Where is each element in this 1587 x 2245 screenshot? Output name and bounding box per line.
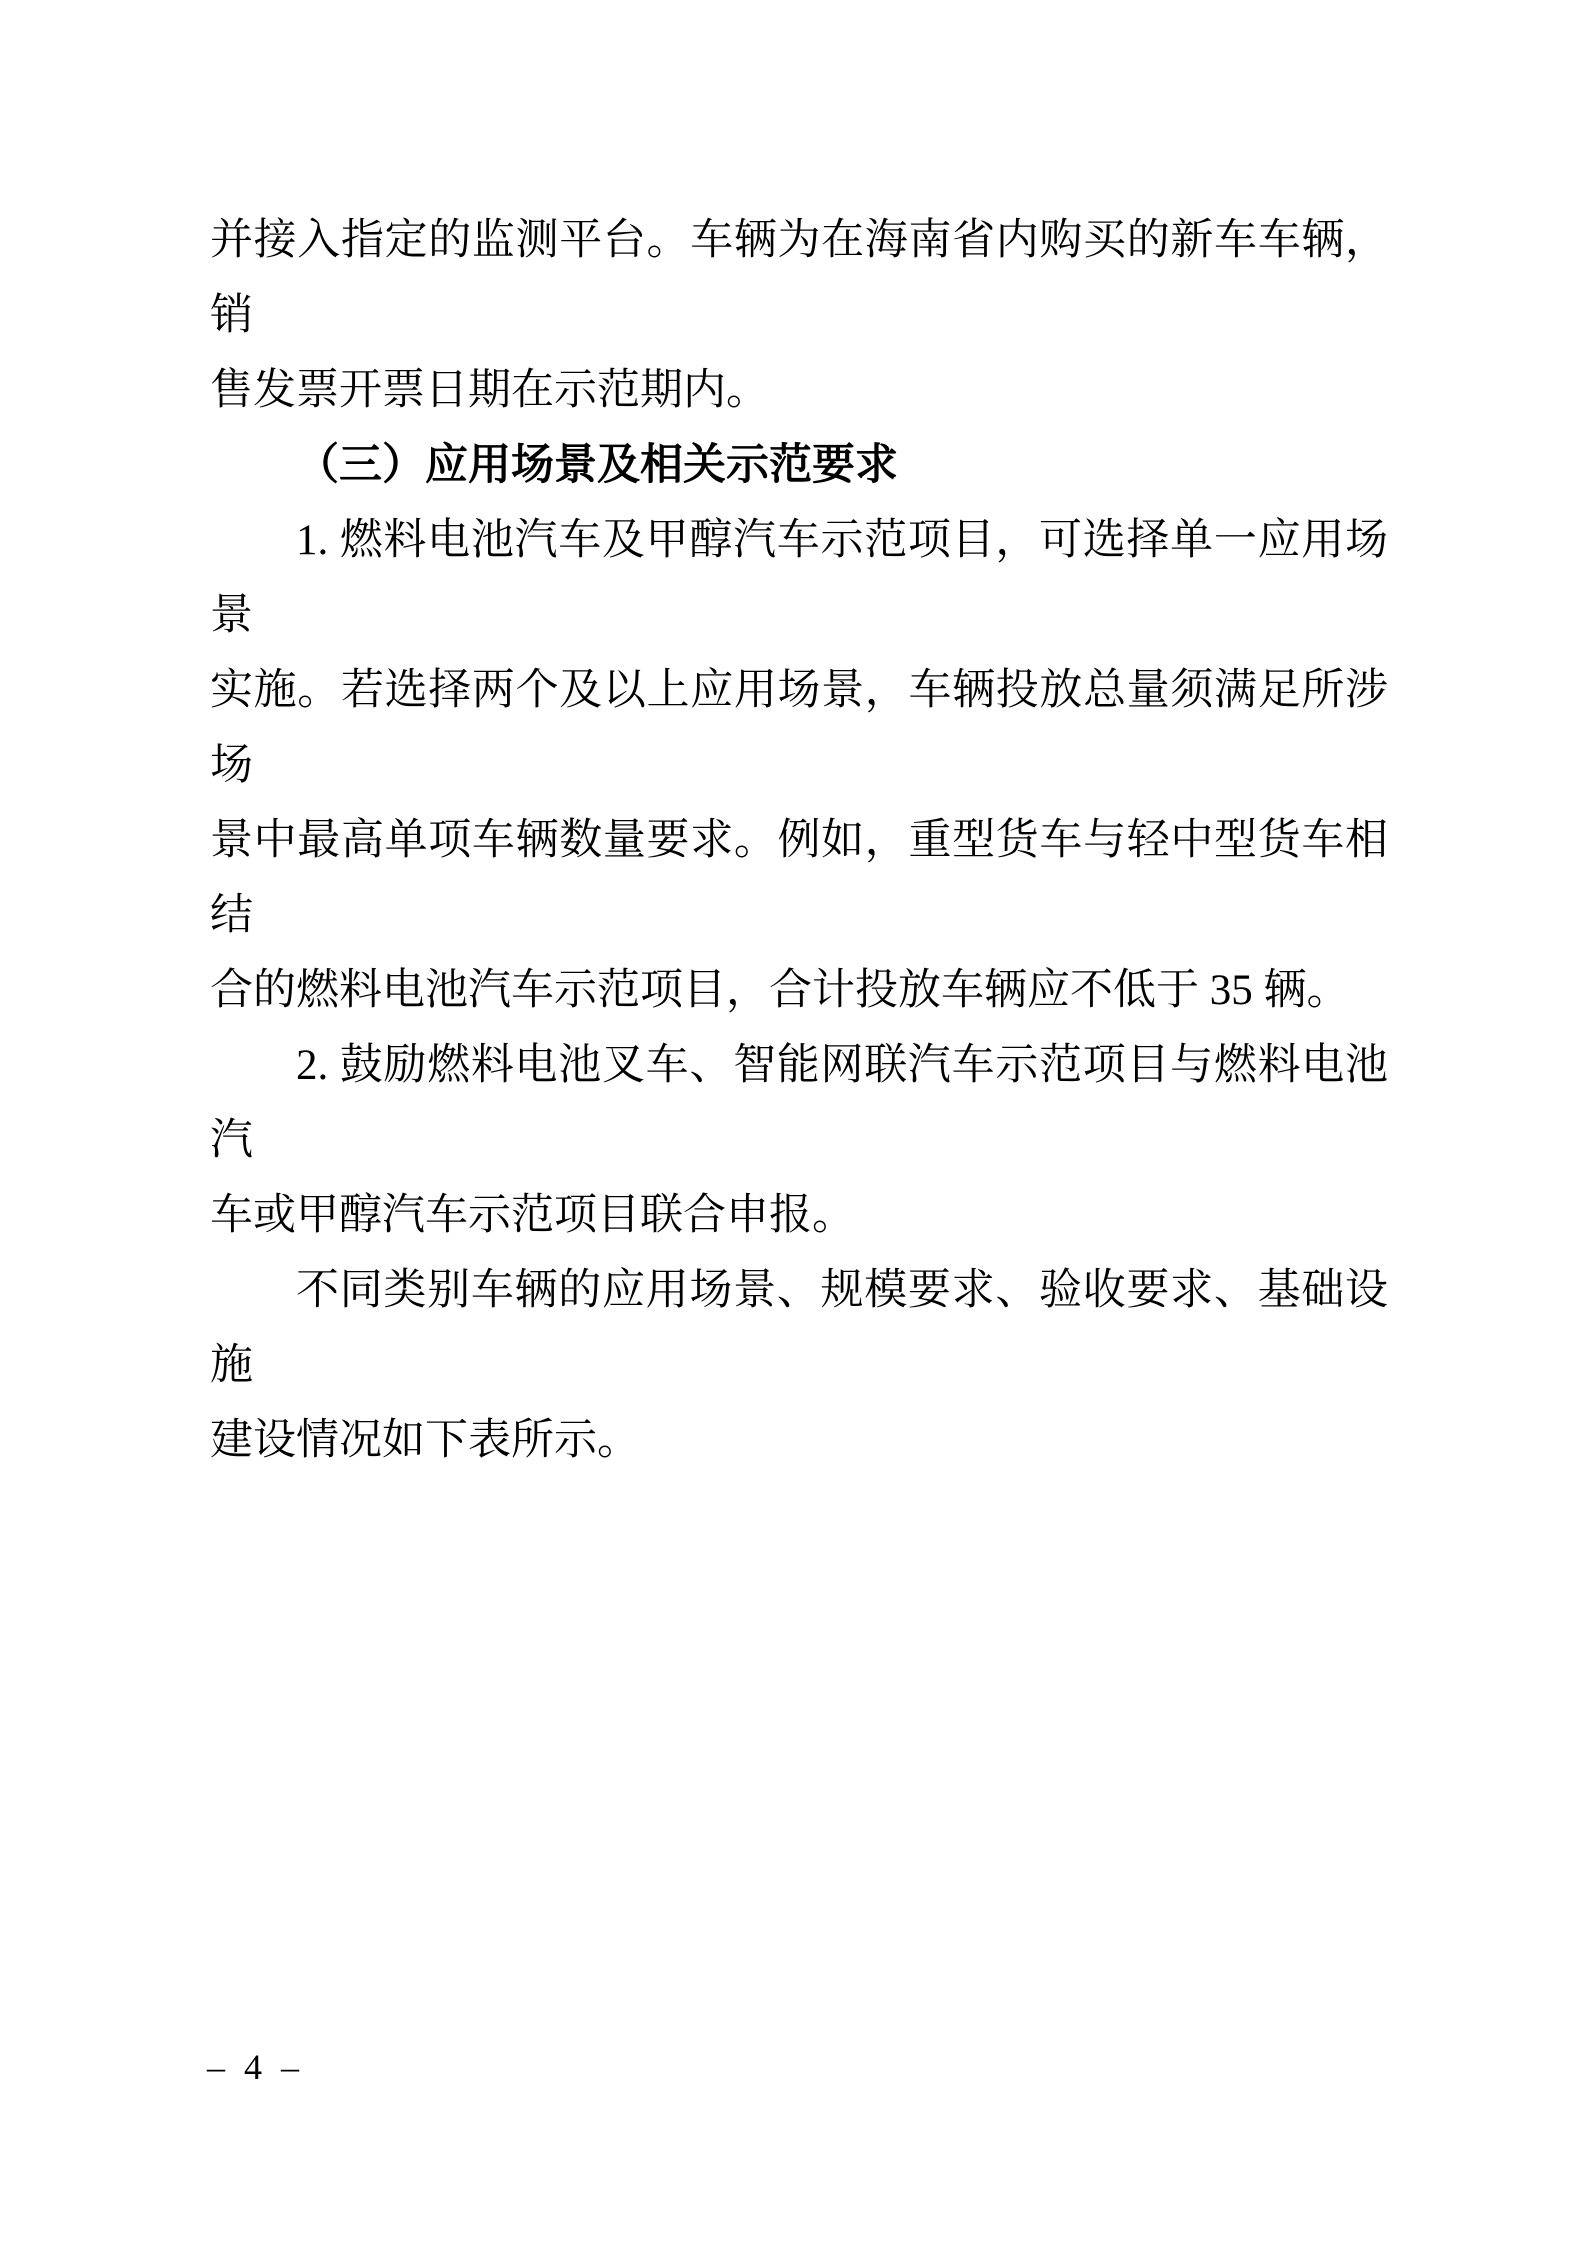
section-heading: （三）应用场景及相关示范要求 [210, 428, 1388, 503]
text-line: 实施。若选择两个及以上应用场景，车辆投放总量须满足所涉场 [210, 653, 1388, 803]
text-line: 车或甲醇汽车示范项目联合申报。 [210, 1178, 1388, 1253]
text-line: 并接入指定的监测平台。车辆为在海南省内购买的新车车辆，销 [210, 203, 1388, 353]
document-page: 并接入指定的监测平台。车辆为在海南省内购买的新车车辆，销售发票开票日期在示范期内… [0, 0, 1587, 2245]
text-line: 2. 鼓励燃料电池叉车、智能网联汽车示范项目与燃料电池汽 [210, 1028, 1388, 1178]
text-line: 1. 燃料电池汽车及甲醇汽车示范项目，可选择单一应用场景 [210, 503, 1388, 653]
text-line: 景中最高单项车辆数量要求。例如，重型货车与轻中型货车相结 [210, 803, 1388, 953]
page-number: – 4 – [207, 2046, 304, 2088]
text-line: 合的燃料电池汽车示范项目，合计投放车辆应不低于 35 辆。 [210, 953, 1388, 1028]
text-line: 不同类别车辆的应用场景、规模要求、验收要求、基础设施 [210, 1253, 1388, 1403]
text-line: 建设情况如下表所示。 [210, 1403, 1388, 1478]
document-body: 并接入指定的监测平台。车辆为在海南省内购买的新车车辆，销售发票开票日期在示范期内… [210, 203, 1388, 1478]
text-line: 售发票开票日期在示范期内。 [210, 353, 1388, 428]
